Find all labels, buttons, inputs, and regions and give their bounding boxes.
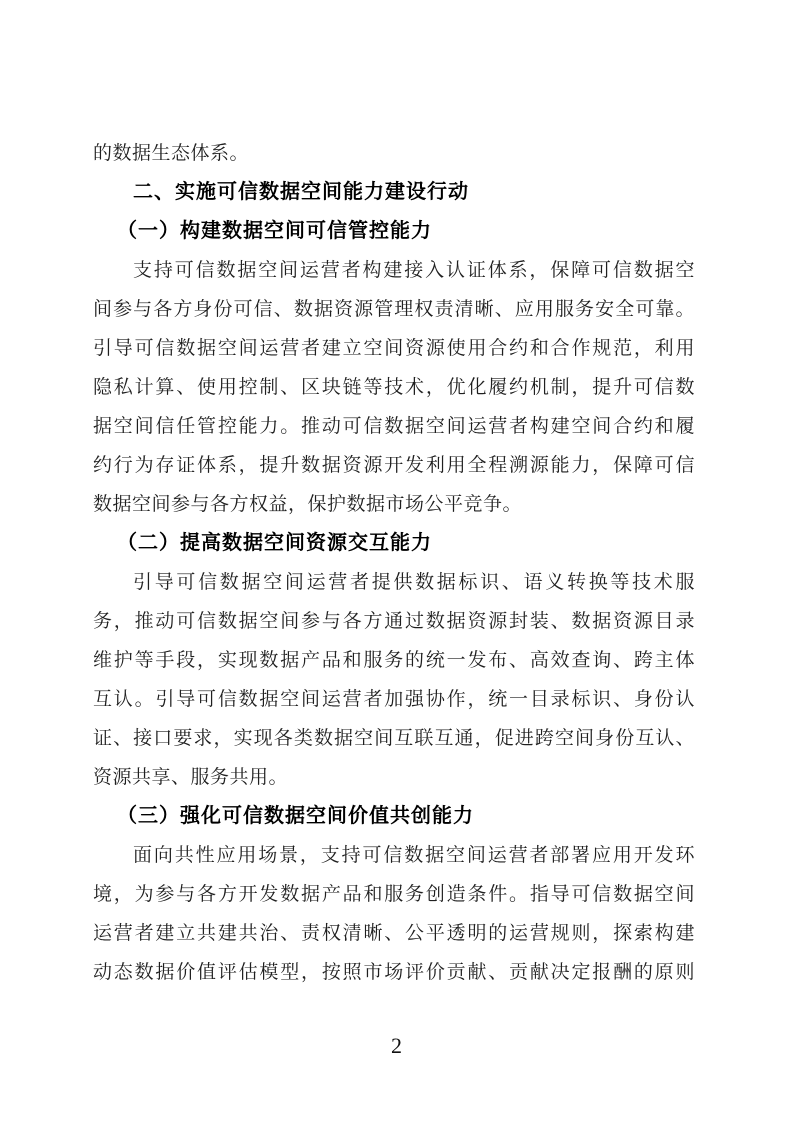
section-heading: 二、实施可信数据空间能力建设行动 xyxy=(93,173,695,212)
subsection-heading: （二）提高数据空间资源交互能力 xyxy=(93,524,695,563)
subsection-heading: （三）强化可信数据空间价值共创能力 xyxy=(93,797,695,836)
page-number: 2 xyxy=(0,1026,793,1065)
paragraph-line: 动态数据价值评估模型，按照市场评价贡献、贡献决定报酬的原则 xyxy=(93,953,695,992)
paragraph-line: 隐私计算、使用控制、区块链等技术，优化履约机制，提升可信数 xyxy=(93,368,695,407)
paragraph-line: 数据空间参与各方权益，保护数据市场公平竞争。 xyxy=(93,485,695,524)
paragraph-line: 境，为参与各方开发数据产品和服务创造条件。指导可信数据空间 xyxy=(93,875,695,914)
paragraph-line: 运营者建立共建共治、责权清晰、公平透明的运营规则，探索构建 xyxy=(93,914,695,953)
paragraph-line: 支持可信数据空间运营者构建接入认证体系，保障可信数据空 xyxy=(93,251,695,290)
paragraph-line: 约行为存证体系，提升数据资源开发利用全程溯源能力，保障可信 xyxy=(93,446,695,485)
paragraph-line: 的数据生态体系。 xyxy=(93,134,695,173)
subsection-heading: （一）构建数据空间可信管控能力 xyxy=(93,212,695,251)
paragraph-line: 资源共享、服务共用。 xyxy=(93,758,695,797)
document-page: 的数据生态体系。 二、实施可信数据空间能力建设行动 （一）构建数据空间可信管控能… xyxy=(0,0,793,1122)
paragraph-line: 证、接口要求，实现各类数据空间互联互通，促进跨空间身份互认、 xyxy=(93,719,695,758)
paragraph-line: 间参与各方身份可信、数据资源管理权责清晰、应用服务安全可靠。 xyxy=(93,290,695,329)
paragraph-line: 引导可信数据空间运营者建立空间资源使用合约和合作规范，利用 xyxy=(93,329,695,368)
paragraph-line: 务，推动可信数据空间参与各方通过数据资源封装、数据资源目录 xyxy=(93,602,695,641)
paragraph-line: 维护等手段，实现数据产品和服务的统一发布、高效查询、跨主体 xyxy=(93,641,695,680)
paragraph-line: 据空间信任管控能力。推动可信数据空间运营者构建空间合约和履 xyxy=(93,407,695,446)
text-block: 的数据生态体系。 二、实施可信数据空间能力建设行动 （一）构建数据空间可信管控能… xyxy=(93,134,695,992)
paragraph-line: 面向共性应用场景，支持可信数据空间运营者部署应用开发环 xyxy=(93,836,695,875)
paragraph-line: 互认。引导可信数据空间运营者加强协作，统一目录标识、身份认 xyxy=(93,680,695,719)
paragraph-line: 引导可信数据空间运营者提供数据标识、语义转换等技术服 xyxy=(93,563,695,602)
